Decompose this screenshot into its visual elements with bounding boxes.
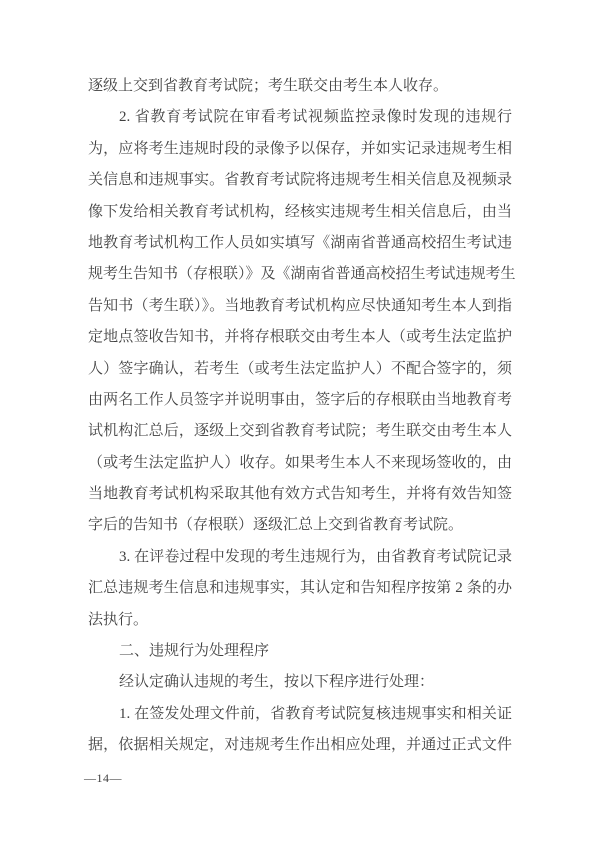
text-line: 人）签字确认，若考生（或考生法定监护人）不配合签字的，须 [88, 354, 512, 385]
text-line: 据，依据相关规定，对违规考生作出相应处理，并通过正式文件 [88, 730, 512, 761]
text-line: 定地点签收告知书，并将存根联交由考生本人（或考生法定监护 [88, 322, 512, 353]
text-line: 3. 在评卷过程中发现的考生违规行为，由省教育考试院记录 [88, 542, 512, 573]
text-line: 试机构汇总后，逐级上交到省教育考试院；考生联交由考生本人 [88, 416, 512, 447]
text-line: 告知书（考生联）》。当地教育考试机构应尽快通知考生本人到指 [88, 291, 512, 322]
text-line: 逐级上交到省教育考试院；考生联交由考生本人收存。 [88, 71, 512, 102]
text-line: 为，应将考生违规时段的录像予以保存，并如实记录违规考生相 [88, 134, 512, 165]
section-heading: 二、违规行为处理程序 [88, 636, 512, 667]
text-line: 地教育考试机构工作人员如实填写《湖南省普通高校招生考试违 [88, 228, 512, 259]
text-line: 像下发给相关教育考试机构，经核实违规考生相关信息后，由当 [88, 197, 512, 228]
text-line: 当地教育考试机构采取其他有效方式告知考生，并将有效告知签 [88, 479, 512, 510]
text-line: 法执行。 [88, 605, 512, 636]
text-line: 2. 省教育考试院在审看考试视频监控录像时发现的违规行 [88, 102, 512, 133]
text-line: 关信息和违规事实。省教育考试院将违规考生相关信息及视频录 [88, 165, 512, 196]
text-line: 由两名工作人员签字并说明事由，签字后的存根联由当地教育考 [88, 385, 512, 416]
page-number: —14— [84, 770, 122, 786]
text-line: 汇总违规考生信息和违规事实，其认定和告知程序按第 2 条的办 [88, 573, 512, 604]
document-body: 逐级上交到省教育考试院；考生联交由考生本人收存。 2. 省教育考试院在审看考试视… [88, 71, 512, 762]
text-line: （或考生法定监护人）收存。如果考生本人不来现场签收的，由 [88, 448, 512, 479]
text-line: 规考生告知书（存根联）》及《湖南省普通高校招生考试违规考生 [88, 259, 512, 290]
text-line: 1. 在签发处理文件前，省教育考试院复核违规事实和相关证 [88, 699, 512, 730]
document-page: 逐级上交到省教育考试院；考生联交由考生本人收存。 2. 省教育考试院在审看考试视… [0, 0, 600, 849]
text-line: 经认定确认违规的考生，按以下程序进行处理： [88, 667, 512, 698]
text-line: 字后的告知书（存根联）逐级汇总上交到省教育考试院。 [88, 510, 512, 541]
